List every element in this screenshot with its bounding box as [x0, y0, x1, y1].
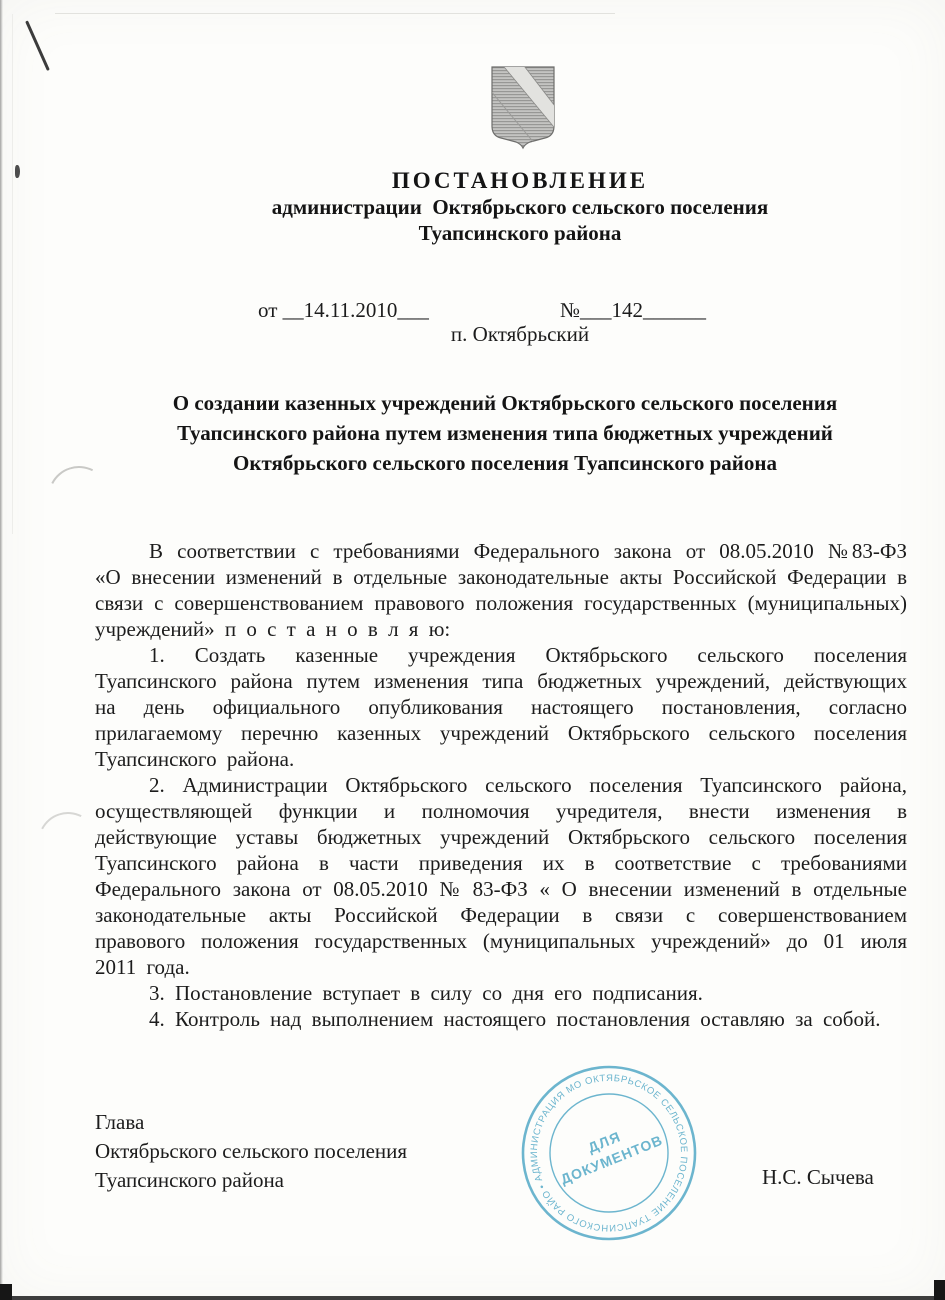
- document-header: ПОСТАНОВЛЕНИЕ администрации Октябрьского…: [150, 168, 890, 246]
- scan-page-edge: [12, 14, 13, 534]
- document-number: №___142______: [560, 298, 706, 323]
- subject-line2: Туапсинского района путем изменения типа…: [105, 418, 905, 448]
- document-date: от __14.11.2010___: [258, 298, 429, 323]
- document-place: п. Октябрьский: [150, 322, 890, 347]
- document-body: В соответствии с требованиями Федерально…: [95, 538, 907, 1032]
- body-paragraph-preamble: В соответствии с требованиями Федерально…: [95, 538, 907, 642]
- official-stamp: • АДМИНИСТРАЦИЯ МО ОКТЯБРЬСКОЕ СЕЛЬСКОЕ …: [518, 1062, 700, 1244]
- scan-corner-bottom-right: [934, 1280, 945, 1300]
- scan-corner-bottom-left: [0, 1284, 12, 1300]
- signature-block: Глава Октябрьского сельского поселения Т…: [95, 1108, 407, 1195]
- document-subtitle-line2: Туапсинского района: [150, 220, 890, 246]
- signature-position-line2: Октябрьского сельского поселения: [95, 1137, 407, 1166]
- subject-line3: Октябрьского сельского поселения Туапсин…: [105, 448, 905, 478]
- signature-position-line1: Глава: [95, 1108, 407, 1137]
- document-subject: О создании казенных учреждений Октябрьск…: [105, 388, 905, 478]
- signatory-name: Н.С. Сычева: [762, 1165, 874, 1190]
- scan-edge-left: [0, 0, 3, 1300]
- body-paragraph-item4: 4. Контроль над выполнением настоящего п…: [95, 1006, 907, 1032]
- body-paragraph-item2: 2. Администрации Октябрьского сельского …: [95, 772, 907, 980]
- pen-stroke-artifact: [25, 20, 50, 71]
- scanned-document-page: ПОСТАНОВЛЕНИЕ администрации Октябрьского…: [0, 0, 945, 1300]
- ink-mark-artifact: [15, 165, 20, 178]
- body-paragraph-item3: 3. Постановление вступает в силу со дня …: [95, 980, 907, 1006]
- coat-of-arms-icon: [488, 64, 558, 150]
- body-paragraph-item1: 1. Создать казенные учреждения Октябрьск…: [95, 642, 907, 772]
- signature-position-line3: Туапсинского района: [95, 1166, 407, 1195]
- document-title: ПОСТАНОВЛЕНИЕ: [150, 168, 890, 194]
- subject-line1: О создании казенных учреждений Октябрьск…: [105, 388, 905, 418]
- scan-edge-bottom: [0, 1296, 945, 1300]
- document-subtitle-line1: администрации Октябрьского сельского пос…: [150, 194, 890, 220]
- scan-edge-top: [55, 13, 615, 14]
